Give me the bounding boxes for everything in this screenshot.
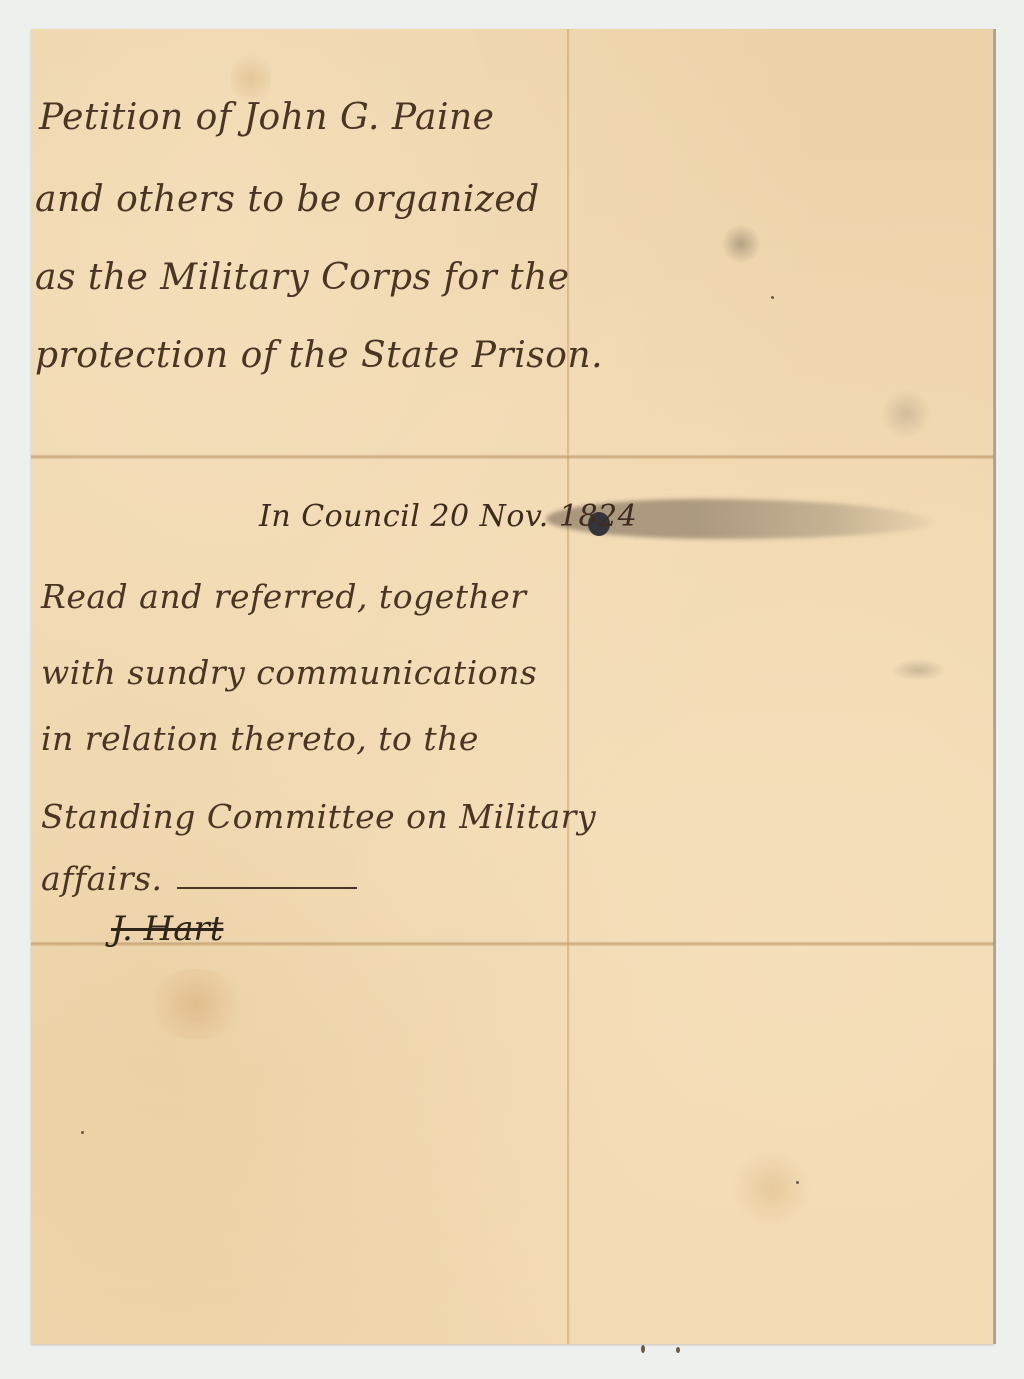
water-stain: [141, 969, 251, 1039]
endorsement-line-3: in relation thereto, to the: [41, 719, 479, 758]
endorsement-line-5: affairs.: [41, 859, 163, 898]
council-dateline: In Council 20 Nov. 1824: [259, 499, 637, 534]
speck: [81, 1131, 84, 1134]
vertical-fold-line: [567, 29, 570, 1344]
endorsement-line-4: Standing Committee on Military: [41, 797, 596, 836]
docket-line-2: and others to be organized: [35, 179, 540, 220]
docket-line-3: as the Military Corps for the: [35, 257, 570, 298]
docket-line-1: Petition of John G. Paine: [39, 97, 494, 138]
horizontal-fold-line-upper: [31, 454, 994, 459]
smudge: [881, 389, 931, 439]
docket-line-4: protection of the State Prison.: [35, 335, 603, 376]
speck: [641, 1345, 645, 1353]
endorsement-line-2: with sundry communications: [41, 653, 537, 692]
closing-rule: [177, 887, 357, 889]
smudge: [721, 224, 761, 264]
smudge: [891, 659, 946, 681]
speck: [676, 1347, 680, 1353]
water-stain: [731, 1149, 811, 1229]
speck: [796, 1181, 799, 1184]
speck: [771, 296, 774, 299]
document-page: Petition of John G. Paine and others to …: [31, 29, 994, 1344]
clerk-signature: J. Hart: [111, 909, 223, 949]
endorsement-line-1: Read and referred, together: [41, 577, 527, 616]
